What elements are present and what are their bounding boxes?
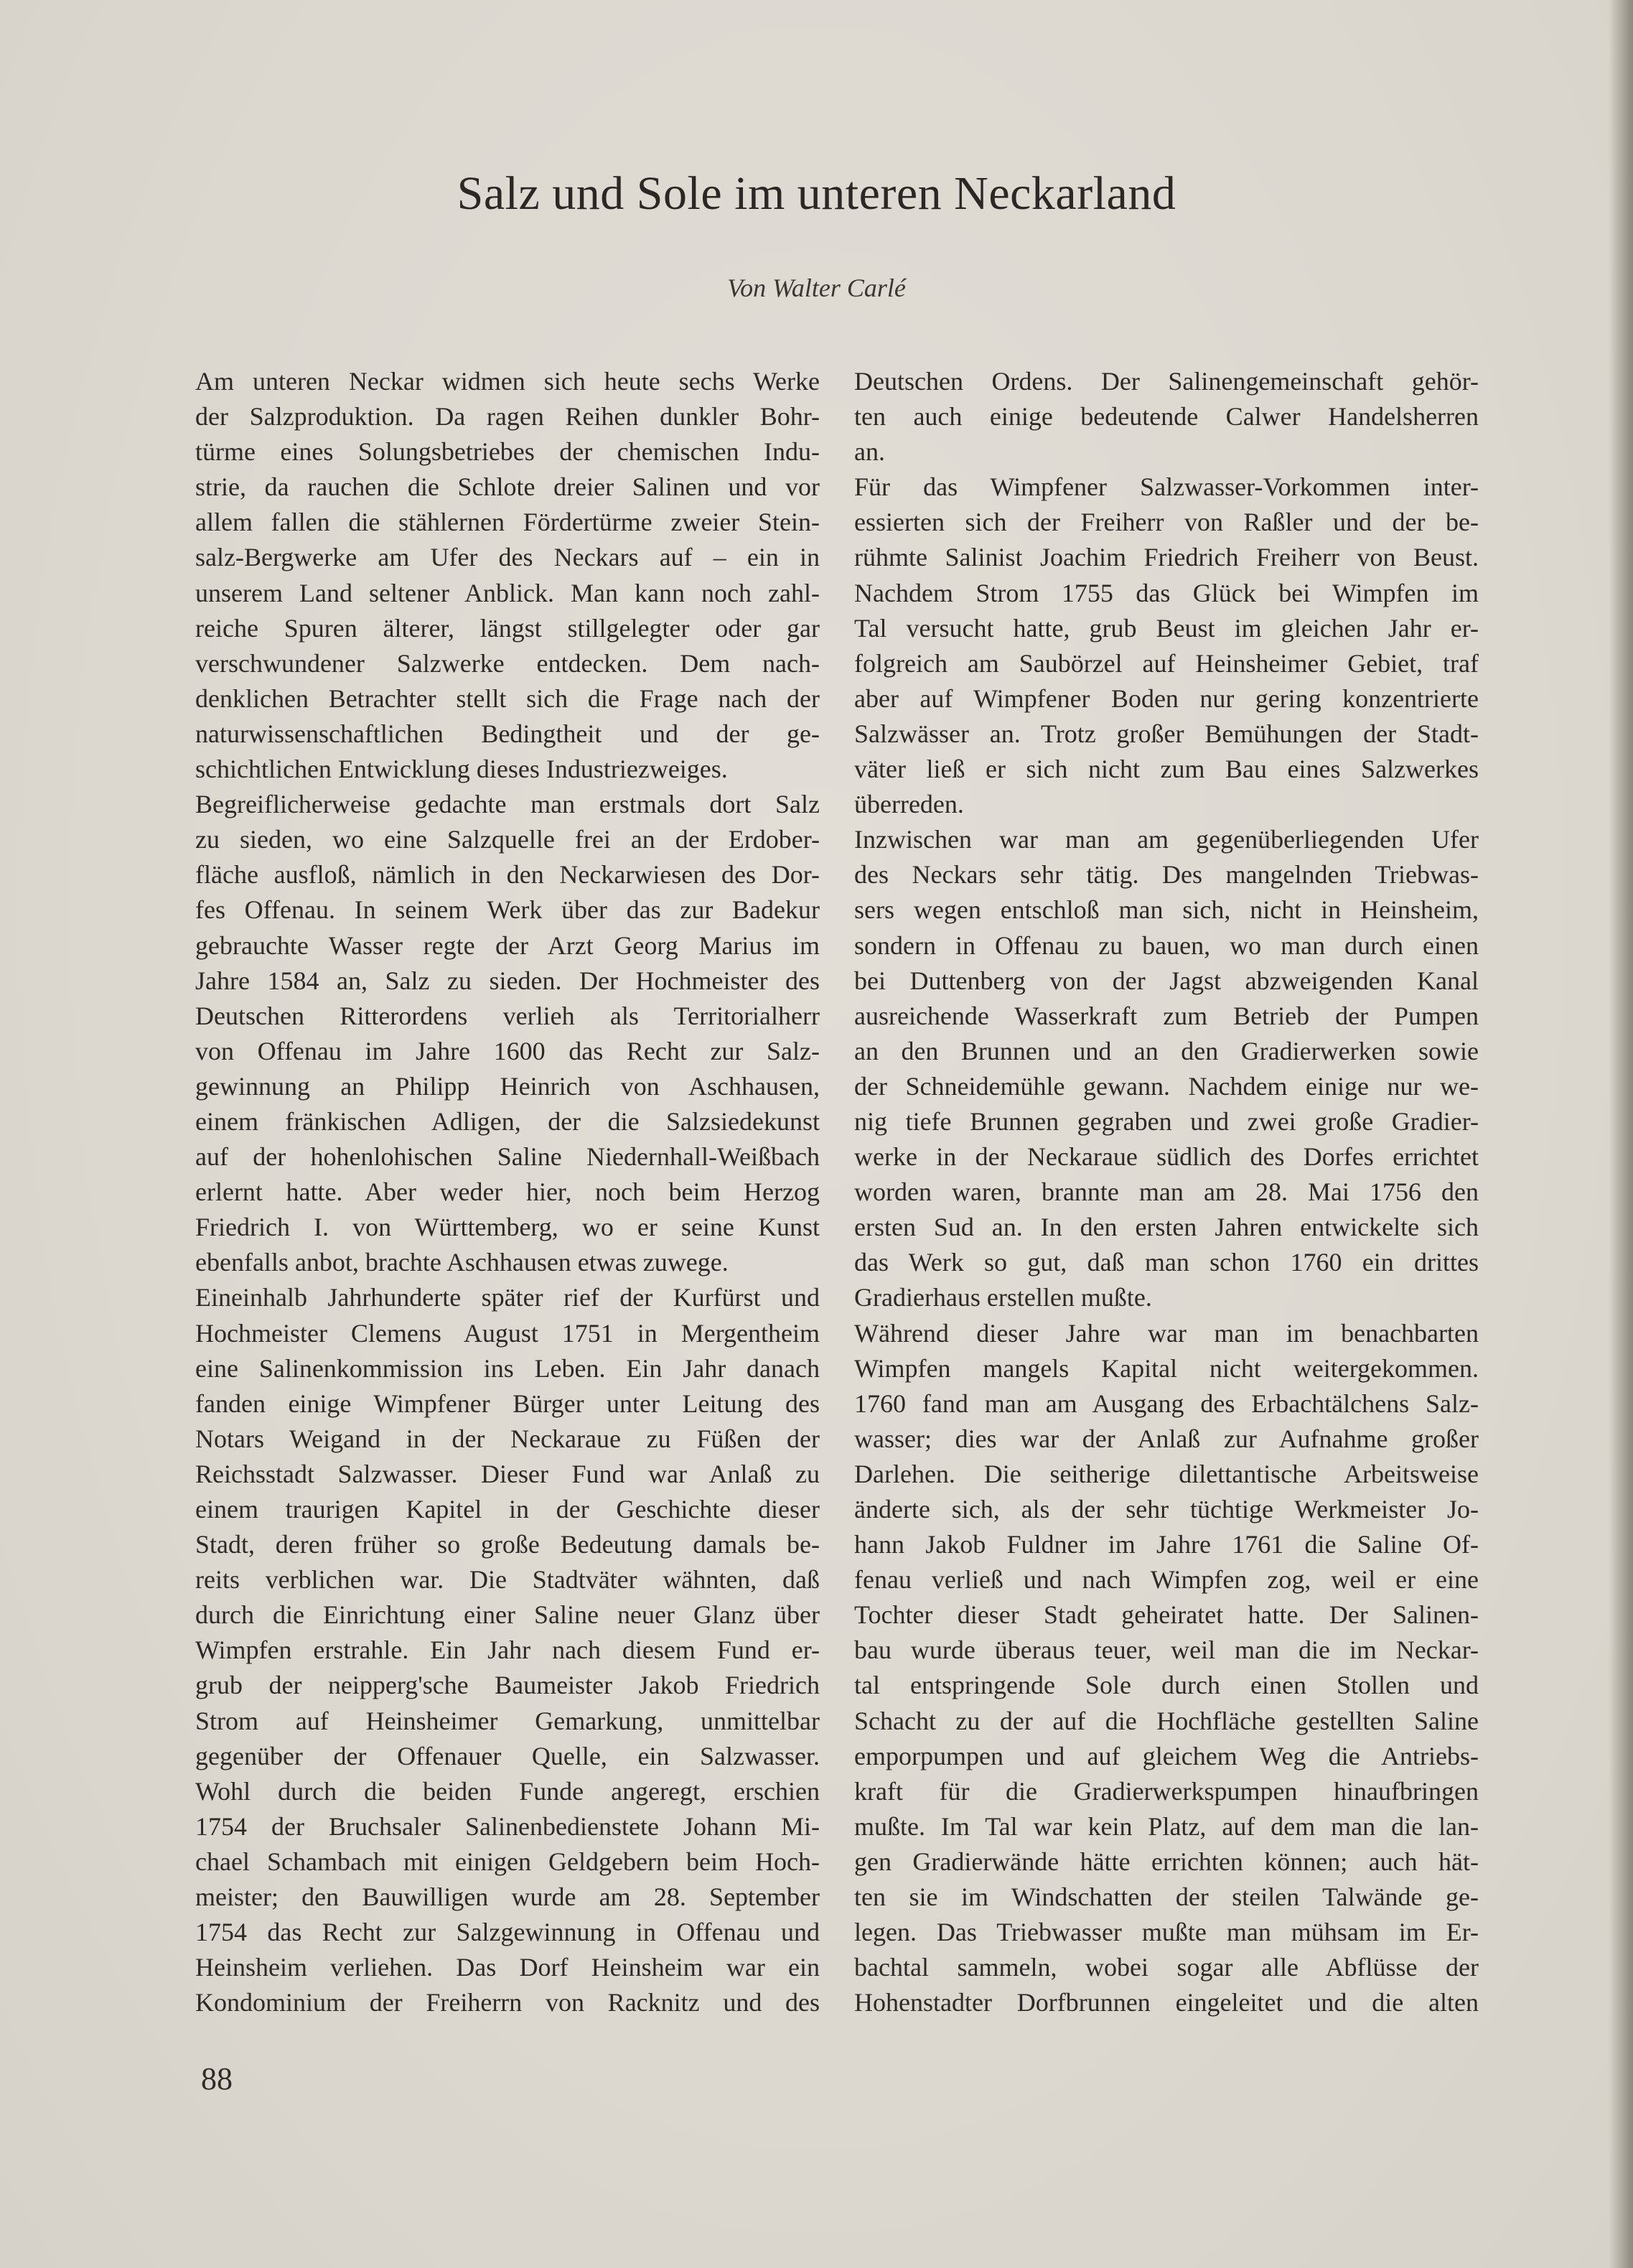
text-line: Hochmeister Clemens August 1751 in Merge… bbox=[195, 1316, 820, 1351]
article-byline: Von Walter Carlé bbox=[0, 273, 1633, 303]
text-line: worden waren, brannte man am 28. Mai 175… bbox=[854, 1175, 1479, 1210]
text-line: strie, da rauchen die Schlote dreier Sal… bbox=[195, 470, 820, 505]
text-line: Gradierhaus erstellen mußte. bbox=[854, 1280, 1479, 1315]
text-line: ersten Sud an. In den ersten Jahren entw… bbox=[854, 1210, 1479, 1245]
text-line: 1754 der Bruchsaler Salinenbedienstete J… bbox=[195, 1809, 820, 1844]
text-line: Salzwässer an. Trotz großer Bemühungen d… bbox=[854, 717, 1479, 752]
text-line: an den Brunnen und an den Gradierwerken … bbox=[854, 1034, 1479, 1069]
text-line: mußte. Im Tal war kein Platz, auf dem ma… bbox=[854, 1809, 1479, 1844]
text-line: Hohenstadter Dorfbrunnen eingeleitet und… bbox=[854, 1985, 1479, 2020]
text-line: wasser; dies war der Anlaß zur Aufnahme … bbox=[854, 1422, 1479, 1457]
text-line: türme eines Solungsbetriebes der chemisc… bbox=[195, 434, 820, 470]
text-line: fläche ausfloß, nämlich in den Neckarwie… bbox=[195, 857, 820, 892]
text-line: eine Salinenkommission ins Leben. Ein Ja… bbox=[195, 1351, 820, 1386]
text-line: an. bbox=[854, 434, 1479, 470]
text-line: fenau verließ und nach Wimpfen zog, weil… bbox=[854, 1562, 1479, 1597]
text-line: von Offenau im Jahre 1600 das Recht zur … bbox=[195, 1034, 820, 1069]
text-line: gebrauchte Wasser regte der Arzt Georg M… bbox=[195, 928, 820, 963]
text-line: auf der hohenlohischen Saline Niedernhal… bbox=[195, 1139, 820, 1175]
text-line: durch die Einrichtung einer Saline neuer… bbox=[195, 1597, 820, 1633]
text-line: Notars Weigand in der Neckaraue zu Füßen… bbox=[195, 1422, 820, 1457]
text-line: ten sie im Windschatten der steilen Talw… bbox=[854, 1880, 1479, 1915]
text-line: aber auf Wimpfener Boden nur gering konz… bbox=[854, 681, 1479, 717]
text-column-right: Deutschen Ordens. Der Salinengemeinschaf… bbox=[854, 364, 1479, 2020]
text-line: reiche Spuren älterer, längst stillgeleg… bbox=[195, 611, 820, 646]
text-line: sers wegen entschloß man sich, nicht in … bbox=[854, 892, 1479, 928]
text-line: Heinsheim verliehen. Das Dorf Heinsheim … bbox=[195, 1950, 820, 1985]
text-line: sondern in Offenau zu bauen, wo man durc… bbox=[854, 928, 1479, 963]
text-line: fanden einige Wimpfener Bürger unter Lei… bbox=[195, 1386, 820, 1422]
text-line: chael Schambach mit einigen Geldgebern b… bbox=[195, 1844, 820, 1880]
text-line: naturwissenschaftlichen Bedingtheit und … bbox=[195, 717, 820, 752]
text-line: Wohl durch die beiden Funde angeregt, er… bbox=[195, 1774, 820, 1809]
text-line: werke in der Neckaraue südlich des Dorfe… bbox=[854, 1139, 1479, 1175]
text-line: essierten sich der Freiherr von Raßler u… bbox=[854, 505, 1479, 540]
text-line: fes Offenau. In seinem Werk über das zur… bbox=[195, 892, 820, 928]
text-line: Für das Wimpfener Salzwasser-Vorkommen i… bbox=[854, 470, 1479, 505]
text-line: Tochter dieser Stadt geheiratet hatte. D… bbox=[854, 1597, 1479, 1633]
text-line: Strom auf Heinsheimer Gemarkung, unmitte… bbox=[195, 1704, 820, 1739]
text-line: gegenüber der Offenauer Quelle, ein Salz… bbox=[195, 1739, 820, 1774]
text-line: emporpumpen und auf gleichem Weg die Ant… bbox=[854, 1739, 1479, 1774]
text-line: legen. Das Triebwasser mußte man mühsam … bbox=[854, 1915, 1479, 1950]
text-line: Wimpfen mangels Kapital nicht weitergeko… bbox=[854, 1351, 1479, 1386]
text-line: schichtlichen Entwicklung dieses Industr… bbox=[195, 752, 820, 787]
text-line: erlernt hatte. Aber weder hier, noch bei… bbox=[195, 1175, 820, 1210]
text-line: Stadt, deren früher so große Bedeutung d… bbox=[195, 1527, 820, 1562]
text-line: Tal versucht hatte, grub Beust im gleich… bbox=[854, 611, 1479, 646]
text-line: Jahre 1584 an, Salz zu sieden. Der Hochm… bbox=[195, 963, 820, 999]
text-line: meister; den Bauwilligen wurde am 28. Se… bbox=[195, 1880, 820, 1915]
page-number: 88 bbox=[201, 2061, 233, 2097]
text-line: Während dieser Jahre war man im benachba… bbox=[854, 1316, 1479, 1351]
text-line: Darlehen. Die seitherige dilettantische … bbox=[854, 1457, 1479, 1492]
text-line: Schacht zu der auf die Hochfläche gestel… bbox=[854, 1704, 1479, 1739]
text-line: tal entspringende Sole durch einen Stoll… bbox=[854, 1668, 1479, 1703]
text-line: Eineinhalb Jahrhunderte später rief der … bbox=[195, 1280, 820, 1315]
document-page: Salz und Sole im unteren Neckarland Von … bbox=[0, 0, 1633, 2268]
text-line: bau wurde überaus teuer, weil man die im… bbox=[854, 1633, 1479, 1668]
text-line: das Werk so gut, daß man schon 1760 ein … bbox=[854, 1245, 1479, 1280]
text-line: gen Gradierwände hätte errichten können;… bbox=[854, 1844, 1479, 1880]
text-line: 1760 fand man am Ausgang des Erbachtälch… bbox=[854, 1386, 1479, 1422]
text-line: nig tiefe Brunnen gegraben und zwei groß… bbox=[854, 1104, 1479, 1139]
text-column-left: Am unteren Neckar widmen sich heute sech… bbox=[195, 364, 820, 2020]
text-line: unserem Land seltener Anblick. Man kann … bbox=[195, 576, 820, 611]
text-line: überreden. bbox=[854, 787, 1479, 822]
text-line: änderte sich, als der sehr tüchtige Werk… bbox=[854, 1492, 1479, 1527]
text-line: grub der neipperg'sche Baumeister Jakob … bbox=[195, 1668, 820, 1703]
text-line: allem fallen die stählernen Fördertürme … bbox=[195, 505, 820, 540]
text-line: bei Duttenberg von der Jagst abzweigende… bbox=[854, 963, 1479, 999]
text-line: Friedrich I. von Württemberg, wo er sein… bbox=[195, 1210, 820, 1245]
text-line: Inzwischen war man am gegenüberliegenden… bbox=[854, 822, 1479, 857]
text-line: Begreiflicherweise gedachte man erstmals… bbox=[195, 787, 820, 822]
text-line: Nachdem Strom 1755 das Glück bei Wimpfen… bbox=[854, 576, 1479, 611]
text-line: ten auch einige bedeutende Calwer Handel… bbox=[854, 399, 1479, 434]
text-line: verschwundener Salzwerke entdecken. Dem … bbox=[195, 646, 820, 681]
text-line: 1754 das Recht zur Salzgewinnung in Offe… bbox=[195, 1915, 820, 1950]
text-line: der Schneidemühle gewann. Nachdem einige… bbox=[854, 1069, 1479, 1104]
text-line: einem fränkischen Adligen, der die Salzs… bbox=[195, 1104, 820, 1139]
text-line: Am unteren Neckar widmen sich heute sech… bbox=[195, 364, 820, 399]
text-line: väter ließ er sich nicht zum Bau eines S… bbox=[854, 752, 1479, 787]
text-line: salz-Bergwerke am Ufer des Neckars auf –… bbox=[195, 540, 820, 575]
text-line: bachtal sammeln, wobei sogar alle Abflüs… bbox=[854, 1950, 1479, 1985]
text-line: gewinnung an Philipp Heinrich von Aschha… bbox=[195, 1069, 820, 1104]
text-line: des Neckars sehr tätig. Des mangelnden T… bbox=[854, 857, 1479, 892]
text-line: ebenfalls anbot, brachte Aschhausen etwa… bbox=[195, 1245, 820, 1280]
text-line: hann Jakob Fuldner im Jahre 1761 die Sal… bbox=[854, 1527, 1479, 1562]
article-title: Salz und Sole im unteren Neckarland bbox=[0, 167, 1633, 221]
text-line: Reichsstadt Salzwasser. Dieser Fund war … bbox=[195, 1457, 820, 1492]
text-line: denklichen Betrachter stellt sich die Fr… bbox=[195, 681, 820, 717]
text-line: ausreichende Wasserkraft zum Betrieb der… bbox=[854, 999, 1479, 1034]
text-line: der Salzproduktion. Da ragen Reihen dunk… bbox=[195, 399, 820, 434]
text-line: Kondominium der Freiherrn von Racknitz u… bbox=[195, 1985, 820, 2020]
text-line: folgreich am Saubörzel auf Heinsheimer G… bbox=[854, 646, 1479, 681]
text-line: zu sieden, wo eine Salzquelle frei an de… bbox=[195, 822, 820, 857]
text-line: einem traurigen Kapitel in der Geschicht… bbox=[195, 1492, 820, 1527]
text-line: reits verblichen war. Die Stadtväter wäh… bbox=[195, 1562, 820, 1597]
page-edge-shadow bbox=[1609, 0, 1633, 2268]
text-line: Wimpfen erstrahle. Ein Jahr nach diesem … bbox=[195, 1633, 820, 1668]
text-line: rühmte Salinist Joachim Friedrich Freihe… bbox=[854, 540, 1479, 575]
text-line: Deutschen Ordens. Der Salinengemeinschaf… bbox=[854, 364, 1479, 399]
text-line: kraft für die Gradierwerkspumpen hinaufb… bbox=[854, 1774, 1479, 1809]
text-line: Deutschen Ritterordens verlieh als Terri… bbox=[195, 999, 820, 1034]
